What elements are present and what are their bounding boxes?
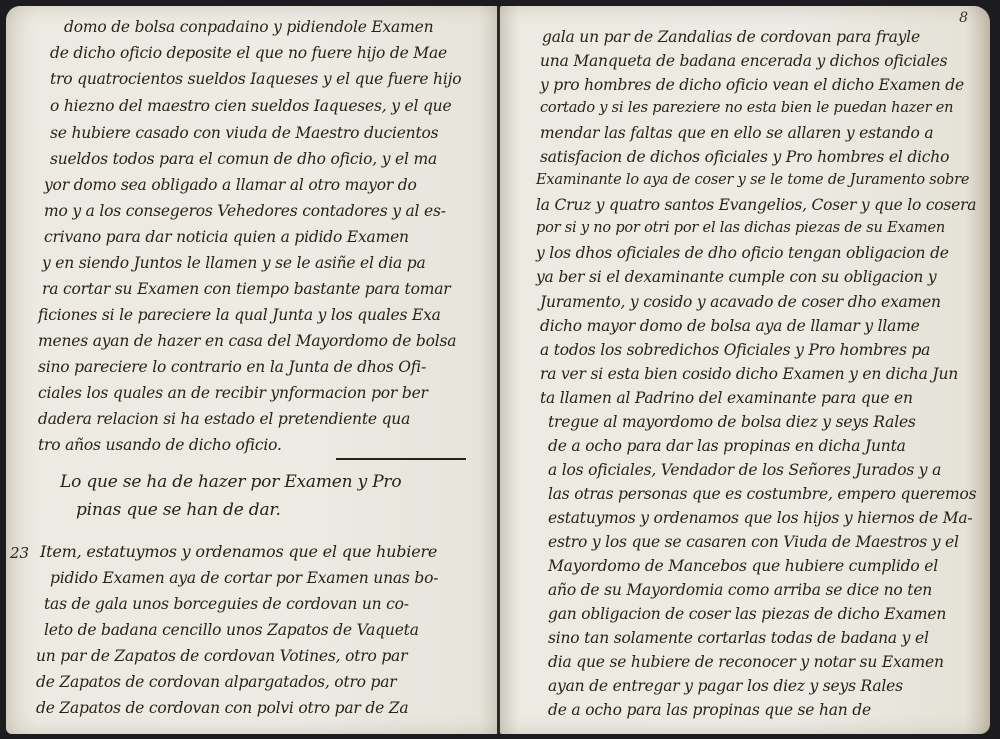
right-line-11: ya ber si el dexaminante cumple con su o…	[536, 268, 936, 286]
right-line-22: estro y los que se casaren con Viuda de …	[548, 533, 959, 551]
right-line-26: sino tan solamente cortarlas todas de ba…	[548, 629, 929, 647]
left-line-16: dadera relacion si ha estado el pretendi…	[38, 410, 410, 428]
folio-number: 8	[959, 10, 968, 26]
section-line-7: de Zapatos de cordovan con polvi otro pa…	[36, 699, 408, 717]
left-line-7: yor domo sea obligado a llamar al otro m…	[44, 176, 417, 194]
left-line-8: mo y a los consegeros Vehedores contador…	[44, 202, 446, 220]
right-line-12: Juramento, y cosido y acavado de coser d…	[540, 293, 941, 311]
end-rule	[336, 458, 466, 460]
left-line-12: ficiones si le pareciere la qual Junta y…	[38, 306, 441, 324]
right-line-8: la Cruz y quatro santos Evangelios, Cose…	[536, 196, 976, 214]
right-line-28: ayan de entregar y pagar los diez y seys…	[548, 677, 903, 695]
left-line-9: crivano para dar noticia quien a pidido …	[44, 228, 409, 246]
right-line-25: gan obligacion de coser las piezas de di…	[548, 605, 946, 623]
right-line-18: de a ocho para dar las propinas en dicha…	[548, 437, 906, 455]
section-line-3: tas de gala unos borceguies de cordovan …	[44, 595, 409, 613]
left-line-17: tro años usando de dicho oficio.	[38, 436, 282, 454]
left-line-11: ra cortar su Examen con tiempo bastante …	[42, 280, 450, 298]
right-line-13: dicho mayor domo de bolsa aya de llamar …	[540, 317, 920, 335]
left-line-15: ciales los quales an de recibir ynformac…	[38, 384, 428, 402]
right-line-24: año de su Mayordomia como arriba se dice…	[548, 581, 932, 599]
section-line-4: leto de badana cencillo unos Zapatos de …	[44, 621, 419, 639]
right-line-15: ra ver si esta bien cosido dicho Examen …	[540, 365, 958, 383]
right-line-17: tregue al mayordomo de bolsa diez y seys…	[548, 413, 916, 431]
left-line-14: sino pareciere lo contrario en la Junta …	[38, 358, 426, 376]
left-line-1: domo de bolsa conpadaino y pidiendole Ex…	[64, 18, 444, 36]
right-line-29: de a ocho para las propinas que se han d…	[548, 701, 871, 719]
right-line-27: dia que se hubiere de reconocer y notar …	[548, 653, 944, 671]
left-line-5: se hubiere casado con viuda de Maestro d…	[50, 124, 438, 142]
right-line-6: satisfacion de dichos oficiales y Pro ho…	[540, 148, 949, 166]
right-line-5: mendar las faltas que en ello se allaren…	[540, 124, 933, 142]
section-line-6: de Zapatos de cordovan alpargatados, otr…	[36, 673, 397, 691]
section-line-1: Item, estatuymos y ordenamos que el que …	[40, 542, 437, 561]
right-line-10: y los dhos oficiales de dho oficio tenga…	[536, 244, 949, 262]
right-line-19: a los oficiales, Vendador de los Señores…	[548, 461, 941, 479]
left-line-10: y en siendo Juntos le llamen y se le asi…	[42, 254, 426, 272]
section-line-2: pidido Examen aya de cortar por Examen u…	[50, 569, 438, 587]
left-page: domo de bolsa conpadaino y pidiendole Ex…	[6, 6, 498, 734]
right-line-4: cortado y si les pareziere no esta bien …	[540, 100, 953, 116]
right-line-16: ta llamen al Padrino del examinante para…	[540, 389, 913, 407]
right-page: 8 gala un par de Zandalias de cordovan p…	[500, 6, 990, 734]
right-line-7: Examinante lo aya de coser y se le tome …	[536, 172, 969, 188]
right-line-2: una Manqueta de badana encerada y dichos…	[540, 52, 947, 70]
section-heading-line-2: pinas que se han de dar.	[76, 500, 281, 520]
left-line-3: tro quatrocientos sueldos Iaqueses y el …	[50, 70, 461, 88]
left-line-2: de dicho oficio deposite el que no fuere…	[50, 44, 447, 62]
left-line-13: menes ayan de hazer en casa del Mayordom…	[38, 332, 456, 350]
section-number: 23	[10, 544, 29, 562]
right-line-3: y pro hombres de dicho oficio vean el di…	[540, 76, 964, 94]
manuscript-spread: domo de bolsa conpadaino y pidiendole Ex…	[0, 0, 1000, 739]
right-line-20: las otras personas que es costumbre, emp…	[548, 485, 976, 503]
right-line-9: por si y no por otri por el las dichas p…	[536, 220, 945, 236]
right-line-23: Mayordomo de Mancebos que hubiere cumpli…	[548, 557, 938, 575]
left-line-4: o hiezno del maestro cien sueldos Iaques…	[50, 97, 451, 115]
left-line-6: sueldos todos para el comun de dho ofici…	[50, 150, 437, 168]
right-line-21: estatuymos y ordenamos que los hijos y h…	[548, 509, 972, 527]
right-line-1: gala un par de Zandalias de cordovan par…	[542, 28, 920, 46]
right-line-14: a todos los sobredichos Oficiales y Pro …	[540, 341, 930, 359]
section-heading-line-1: Lo que se ha de hazer por Examen y Pro	[60, 472, 401, 492]
section-line-5: un par de Zapatos de cordovan Votines, o…	[36, 647, 407, 665]
